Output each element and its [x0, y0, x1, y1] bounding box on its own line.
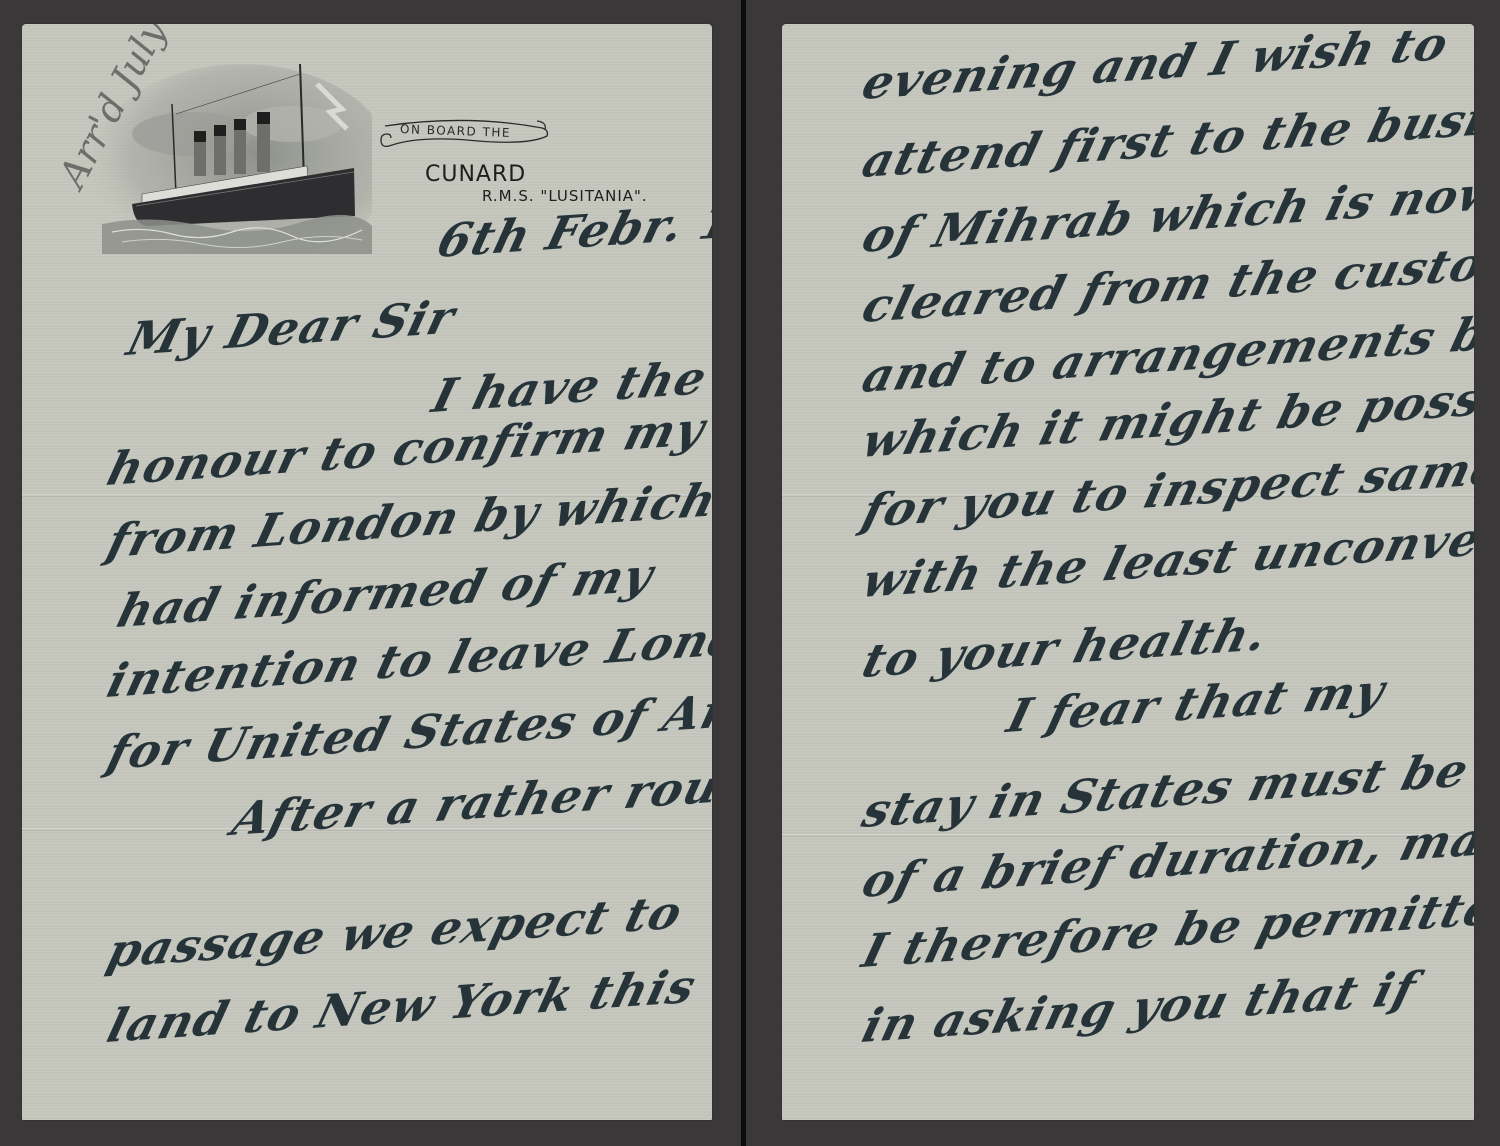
salutation: My Dear Sir — [122, 290, 461, 366]
handwritten-line: I fear that my — [1002, 663, 1391, 743]
handwritten-line: After a rather rough — [227, 754, 712, 846]
handwritten-line: passage we expect to — [102, 885, 688, 978]
page-divider — [741, 0, 746, 1146]
handwritten-line: land to New York this — [102, 959, 702, 1053]
letter-page-1: Arr'd July 9 ON BOARD THE CUNARD R.M.S. … — [22, 24, 712, 1120]
letterhead-company: CUNARD — [425, 162, 526, 187]
letter-page-2: evening and I wish to attend first to th… — [782, 24, 1474, 1120]
handwritten-line: in asking you that if — [857, 961, 1422, 1053]
handwritten-line: evening and I wish to — [857, 24, 1454, 110]
